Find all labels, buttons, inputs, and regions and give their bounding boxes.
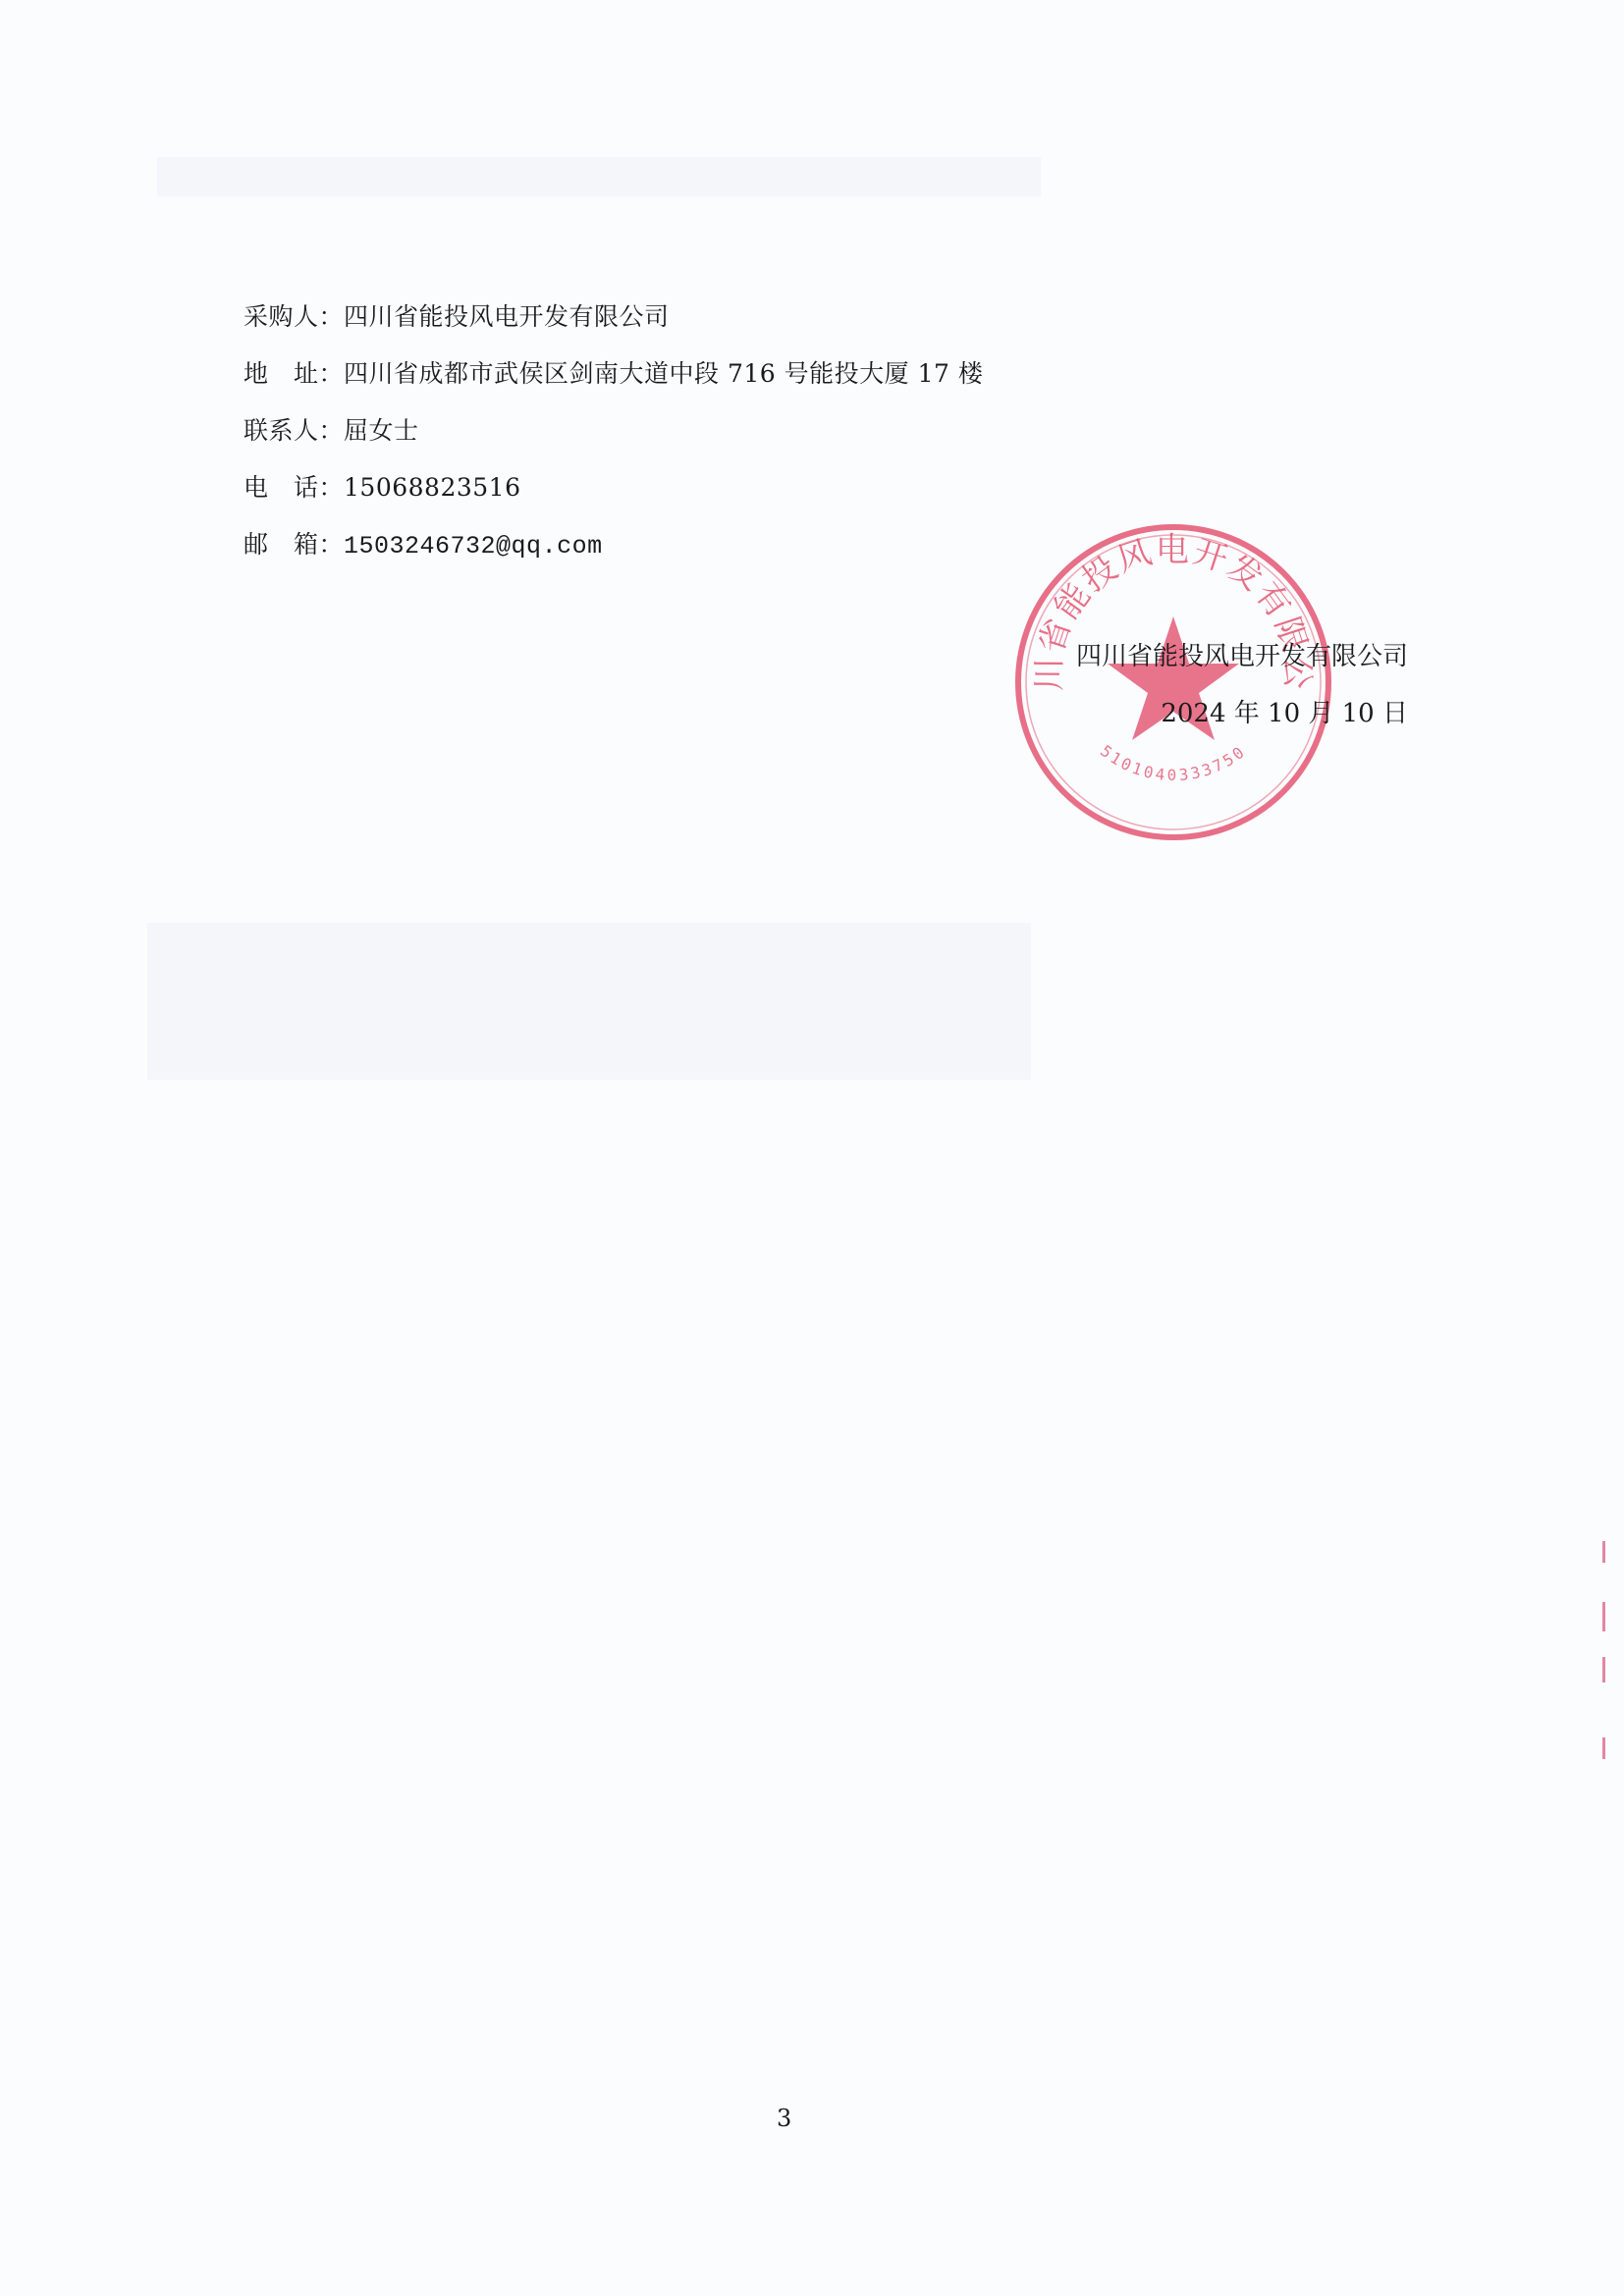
phone-value: 15068823516: [344, 471, 520, 505]
contact-label: 联系人: [244, 414, 319, 448]
purchaser-line: 采购人：四川省能投风电开发有限公司: [244, 300, 670, 334]
edge-seal-fragment: [1600, 1541, 1610, 1777]
company-seal-stamp: 四川省能投风电开发有限公司 5101040333750: [1011, 520, 1335, 844]
signature-date: 2024 年 10 月 10 日: [1161, 697, 1408, 730]
show-through-shadow: [157, 157, 1041, 196]
purchaser-value: 四川省能投风电开发有限公司: [344, 300, 670, 334]
document-page: 采购人：四川省能投风电开发有限公司 地 址：四川省成都市武侯区剑南大道中段 71…: [0, 0, 1624, 2296]
purchaser-label: 采购人: [244, 300, 319, 334]
contact-line: 联系人：屈女士: [244, 414, 419, 448]
phone-label: 电 话: [244, 471, 319, 505]
show-through-shadow: [147, 923, 1031, 1080]
phone-line: 电 话：15068823516: [244, 471, 521, 505]
email-line: 邮 箱：1503246732@qq.com: [244, 528, 603, 563]
email-separator: ：: [319, 528, 345, 561]
address-value: 四川省成都市武侯区剑南大道中段 716 号能投大厦 17 楼: [344, 357, 983, 391]
signature-company: 四川省能投风电开发有限公司: [1076, 640, 1408, 673]
address-label: 地 址: [244, 357, 319, 391]
contact-separator: ：: [319, 414, 345, 448]
seal-code-text: 5101040333750: [1097, 741, 1250, 784]
address-separator: ：: [319, 357, 345, 391]
purchaser-separator: ：: [319, 300, 345, 334]
address-line: 地 址：四川省成都市武侯区剑南大道中段 716 号能投大厦 17 楼: [244, 357, 983, 391]
email-label: 邮 箱: [244, 528, 319, 561]
page-number: 3: [777, 2105, 791, 2132]
phone-separator: ：: [319, 471, 345, 505]
contact-value: 屈女士: [344, 414, 419, 448]
email-value: 1503246732@qq.com: [344, 530, 603, 563]
